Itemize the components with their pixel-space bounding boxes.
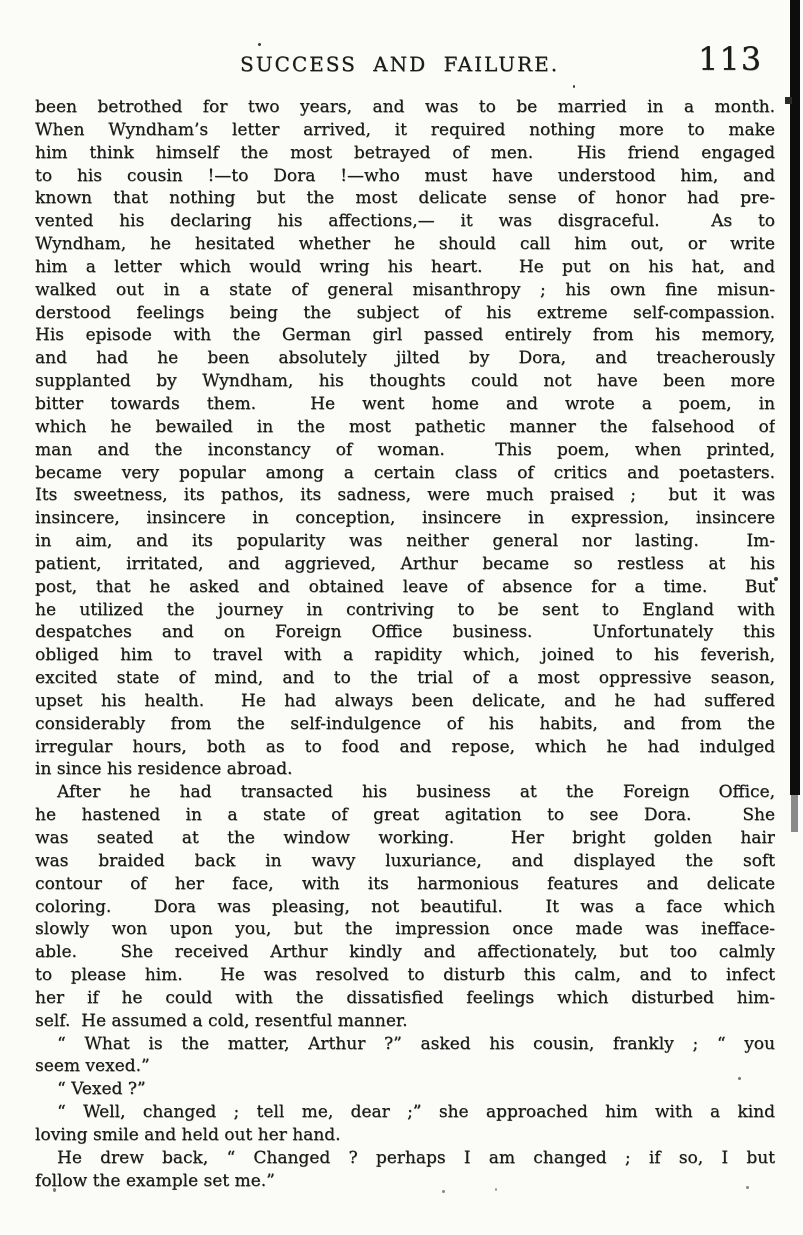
text-line: insincere, insincere in conception, insi…: [35, 507, 775, 530]
text-line: considerably from the self-indulgence of…: [35, 713, 775, 736]
text-line: seem vexed.”: [35, 1055, 775, 1078]
text-line: man and the inconstancy of woman. This p…: [35, 439, 775, 462]
page-number: 113: [698, 40, 762, 78]
text-line: was seated at the window working. Her br…: [35, 827, 775, 850]
text-line: known that nothing but the most delicate…: [35, 187, 775, 210]
text-line: derstood feelings being the subject of h…: [35, 302, 775, 325]
text-line: him a letter which would wring his heart…: [35, 256, 775, 279]
text-line: When Wyndham’s letter arrived, it requir…: [35, 119, 775, 142]
text-line: self. He assumed a cold, resentful manne…: [35, 1010, 775, 1033]
text-line: to his cousin !—to Dora !—who must have …: [35, 165, 775, 188]
text-line: in since his residence abroad.: [35, 758, 775, 781]
text-line: loving smile and held out her hand.: [35, 1124, 775, 1147]
text-line: patient, irritated, and aggrieved, Arthu…: [35, 553, 775, 576]
text-line: He drew back, “ Changed ? perhaps I am c…: [35, 1147, 775, 1170]
running-head: SUCCESS AND FAILURE.: [240, 52, 506, 76]
text-line: which he bewailed in the most pathetic m…: [35, 416, 775, 439]
text-line: bitter towards them. He went home and wr…: [35, 393, 775, 416]
book-page: SUCCESS AND FAILURE. 113 been betrothed …: [0, 0, 803, 1235]
text-line: supplanted by Wyndham, his thoughts coul…: [35, 370, 775, 393]
text-line: been betrothed for two years, and was to…: [35, 96, 775, 119]
text-line: slowly won upon you, but the impression …: [35, 918, 775, 941]
text-line: “ Well, changed ; tell me, dear ;” she a…: [35, 1101, 775, 1124]
text-line: her if he could with the dissatisfied fe…: [35, 987, 775, 1010]
scan-edge-blot: [785, 97, 792, 104]
text-line: “ Vexed ?”: [35, 1078, 775, 1101]
text-line: His episode with the German girl passed …: [35, 324, 775, 347]
scan-edge-line-fade: [791, 795, 798, 832]
text-line: able. She received Arthur kindly and aff…: [35, 941, 775, 964]
scan-edge-line: [790, 0, 800, 795]
ink-speck: [573, 85, 575, 88]
page-body-text: been betrothed for two years, and was to…: [35, 96, 775, 1193]
text-line: obliged him to travel with a rapidity wh…: [35, 644, 775, 667]
text-line: Wyndham, he hesitated whether he should …: [35, 233, 775, 256]
text-line: excited state of mind, and to the trial …: [35, 667, 775, 690]
text-line: upset his health. He had always been del…: [35, 690, 775, 713]
text-line: Its sweetness, its pathos, its sadness, …: [35, 484, 775, 507]
text-line: contour of her face, with its harmonious…: [35, 873, 775, 896]
text-line: follow the example set me.”: [35, 1170, 775, 1193]
text-line: “ What is the matter, Arthur ?” asked hi…: [35, 1033, 775, 1056]
text-line: to please him. He was resolved to distur…: [35, 964, 775, 987]
text-line: post, that he asked and obtained leave o…: [35, 576, 775, 599]
text-line: was braided back in wavy luxuriance, and…: [35, 850, 775, 873]
text-line: and had he been absolutely jilted by Dor…: [35, 347, 775, 370]
text-line: irregular hours, both as to food and rep…: [35, 736, 775, 759]
text-line: him think himself the most betrayed of m…: [35, 142, 775, 165]
text-line: despatches and on Foreign Office busines…: [35, 621, 775, 644]
text-line: coloring. Dora was pleasing, not beautif…: [35, 896, 775, 919]
text-line: became very popular among a certain clas…: [35, 462, 775, 485]
text-line: walked out in a state of general misanth…: [35, 279, 775, 302]
ink-speck: [258, 43, 261, 46]
text-line: he utilized the journey in contriving to…: [35, 599, 775, 622]
text-line: in aim, and its popularity was neither g…: [35, 530, 775, 553]
text-line: he hastened in a state of great agitatio…: [35, 804, 775, 827]
text-line: vented his declaring his affections,— it…: [35, 210, 775, 233]
text-line: After he had transacted his business at …: [35, 781, 775, 804]
